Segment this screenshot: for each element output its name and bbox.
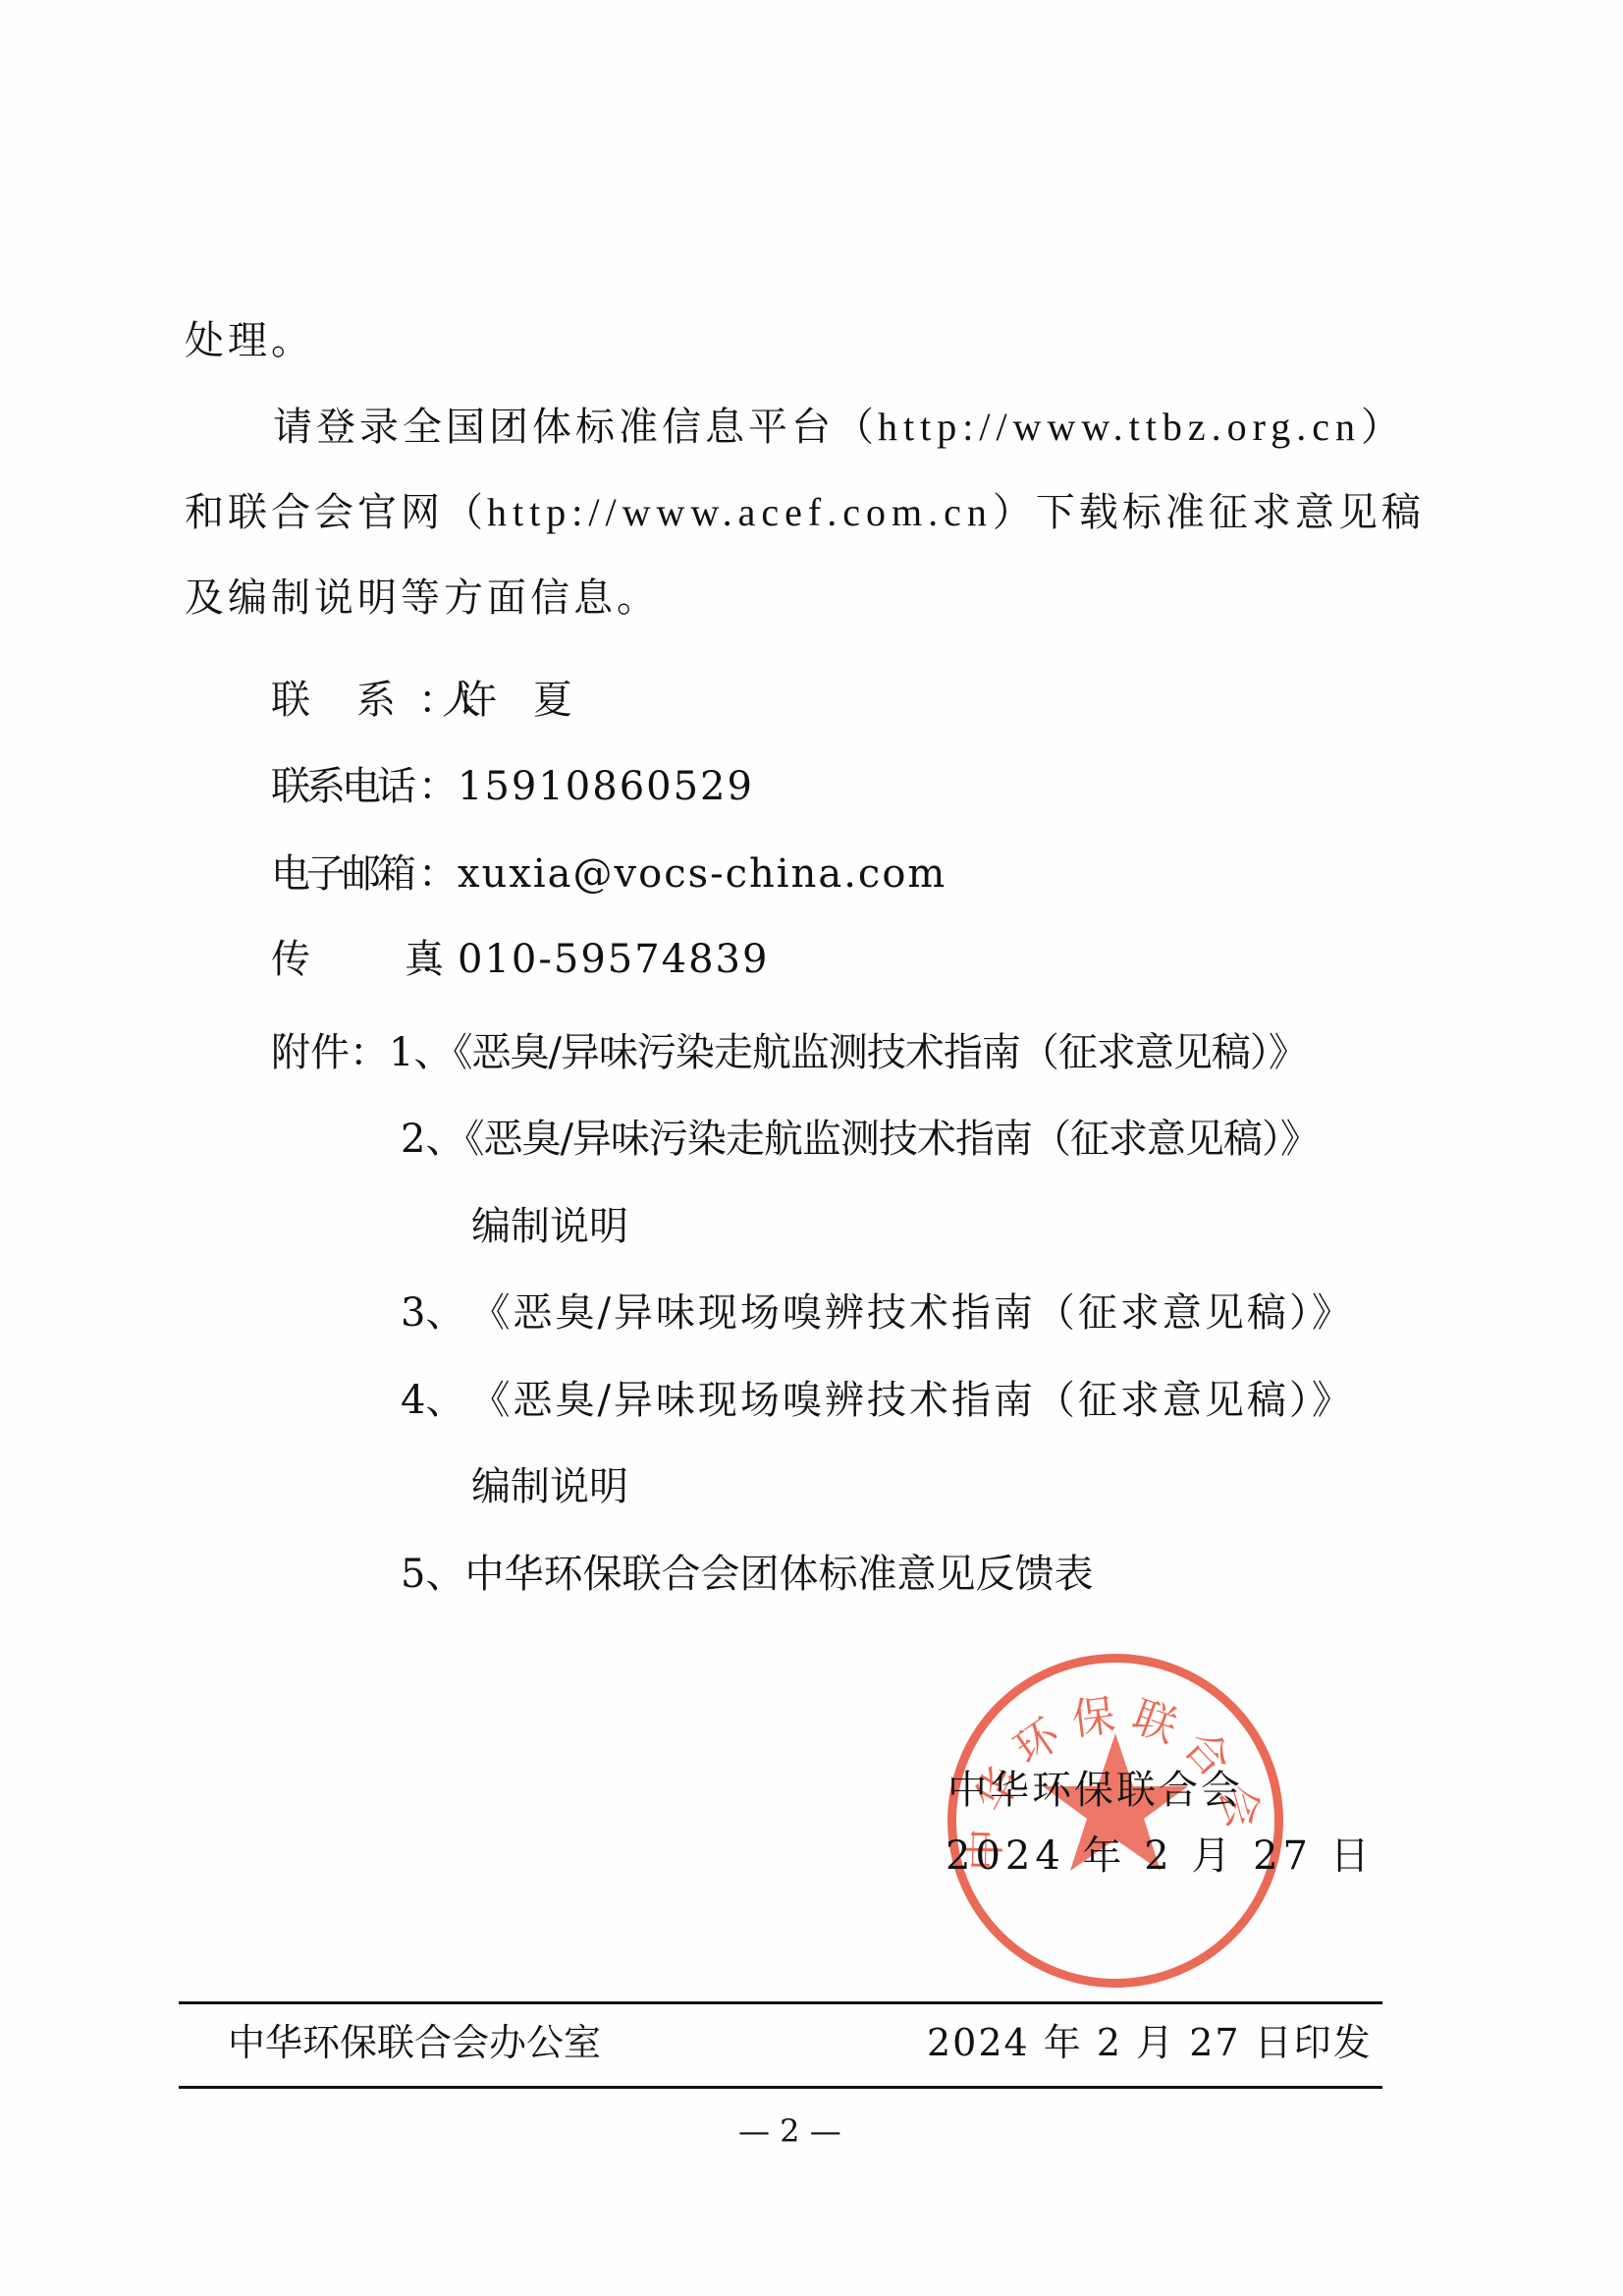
- colon: ：: [418, 937, 458, 982]
- page-number: — 2 —: [738, 2111, 841, 2151]
- paragraph-text: 请登录全国团体标准信息平台（: [273, 405, 878, 450]
- contact-fax-row: 传真：010-59574839: [271, 935, 769, 984]
- attachment-title: 《恶臭/异味污染走航监测技术指南（征求意见稿）》: [464, 1117, 1318, 1162]
- attachment-item-2: 2、《恶臭/异味污染走航监测技术指南（征求意见稿）》: [401, 1115, 1319, 1164]
- contact-email-label: 电子邮箱: [271, 849, 418, 899]
- attachment-number: 5、: [401, 1552, 464, 1597]
- contact-email-row: 电子邮箱：xuxia@vocs-china.com: [271, 849, 947, 899]
- colon: ：: [418, 678, 458, 723]
- paragraph-text: ）: [1361, 405, 1404, 450]
- seal-star-icon: 中华环保联合会: [956, 1663, 1274, 1979]
- official-seal: 中华环保联合会: [947, 1654, 1283, 1988]
- attachment-title: 《恶臭/异味污染走航监测技术指南（征求意见稿）》: [453, 1030, 1306, 1075]
- paragraph-download-line-3: 及编制说明等方面信息。: [185, 574, 660, 623]
- document-page: 处理。 请登录全国团体标准信息平台（http://www.ttbz.org.cn…: [0, 0, 1623, 2296]
- paragraph-download-line-1: 请登录全国团体标准信息平台（http://www.ttbz.org.cn）: [273, 403, 1404, 452]
- attachment-number: 4、: [401, 1378, 464, 1423]
- acef-url-link[interactable]: http://www.acef.com.cn: [487, 490, 993, 534]
- footer-issued-date: 2024 年 2 月 27 日印发: [927, 2018, 1373, 2067]
- attachment-item-1: 附件：1、《恶臭/异味污染走航监测技术指南（征求意见稿）》: [271, 1028, 1307, 1077]
- paragraph-tail: 处理。: [185, 316, 314, 365]
- attachment-item-5: 5、中华环保联合会团体标准意见反馈表: [401, 1550, 1093, 1599]
- contact-phone-row: 联系电话：15910860529: [271, 762, 754, 811]
- footer-top-rule: [179, 2001, 1382, 2004]
- attachment-number: 1、: [389, 1030, 453, 1075]
- attachments-label: 附件：: [271, 1030, 389, 1075]
- attachment-title: 中华环保联合会团体标准意见反馈表: [464, 1552, 1093, 1597]
- colon: ：: [418, 764, 458, 809]
- signature-date: 2024 年 2 月 27 日: [946, 1831, 1375, 1881]
- attachment-item-4-continuation: 编制说明: [471, 1462, 628, 1511]
- paragraph-download-line-2: 和联合会官网（http://www.acef.com.cn）下载标准征求意见稿: [185, 488, 1425, 537]
- contact-fax-label: 传真: [271, 935, 418, 984]
- colon: ：: [418, 851, 458, 897]
- contact-person-value: 许 夏: [458, 678, 584, 723]
- attachment-title: 《恶臭/异味现场嗅辨技术指南（征求意见稿）》: [490, 1378, 1353, 1423]
- attachment-item-2-continuation: 编制说明: [471, 1202, 628, 1251]
- signature-organization: 中华环保联合会: [947, 1766, 1243, 1815]
- ttbz-url-link[interactable]: http://www.ttbz.org.cn: [878, 405, 1361, 449]
- attachment-item-3: 3、《恶臭/异味现场嗅辨技术指南（征求意见稿）》: [401, 1288, 1354, 1338]
- attachment-item-4: 4、《恶臭/异味现场嗅辨技术指南（征求意见稿）》: [401, 1376, 1354, 1425]
- attachment-number: 2、: [401, 1117, 464, 1162]
- contact-phone-label: 联系电话: [271, 762, 418, 811]
- paragraph-text: ）下载标准征求意见稿: [993, 490, 1425, 535]
- contact-fax-value: 010-59574839: [458, 937, 769, 982]
- contact-person-row: 联系人：许 夏: [271, 676, 584, 725]
- attachment-title: 《恶臭/异味现场嗅辨技术指南（征求意见稿）》: [490, 1290, 1353, 1336]
- attachment-number: 3、: [401, 1290, 464, 1336]
- footer-office: 中华环保联合会办公室: [228, 2018, 601, 2067]
- contact-person-label: 联系人: [271, 676, 418, 725]
- paragraph-text: 和联合会官网（: [185, 490, 487, 535]
- footer-bottom-rule: [179, 2086, 1382, 2089]
- contact-email-value[interactable]: xuxia@vocs-china.com: [458, 851, 947, 897]
- contact-phone-value[interactable]: 15910860529: [458, 764, 754, 809]
